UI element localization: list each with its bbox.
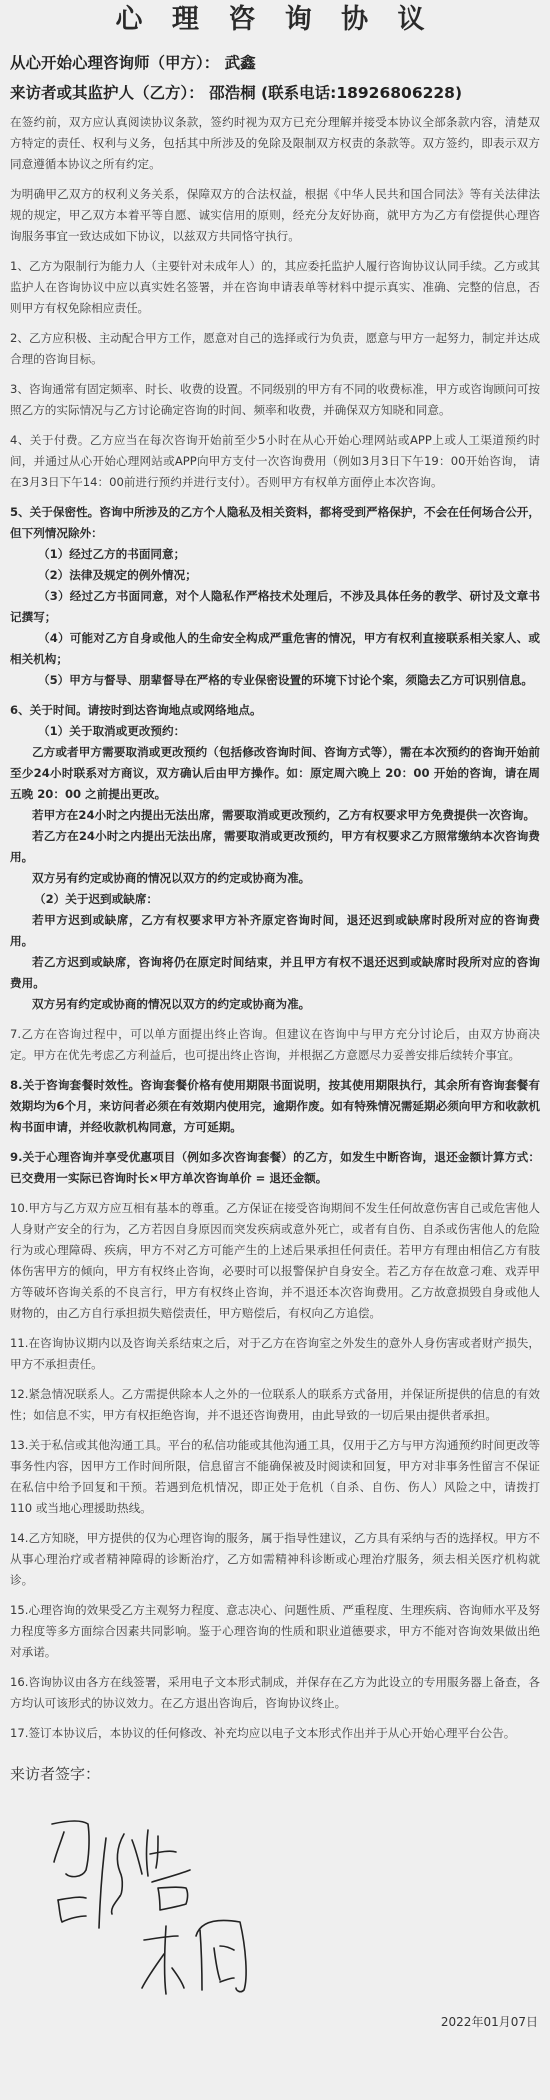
clause-6-sub-1-line-3: 若乙方在24小时之内提出无法出席，需要取消或更改预约，甲方有权要求乙方照常缴纳本… [10, 826, 540, 868]
clause-6-sub-2-line-2: 若乙方迟到或缺席，咨询将仍在原定时间结束，并且甲方有权不退还迟到或缺席时段所对应… [10, 952, 540, 994]
clause-17: 17.签订本协议后，本协议的任何修改、补充均应以电子文本形式作出并于从心开始心理… [10, 1723, 540, 1744]
clause-15: 15.心理咨询的效果受乙方主观努力程度、意志决心、问题性质、严重程度、生理疾病、… [10, 1600, 540, 1663]
clause-5-item-1: （1）经过乙方的书面同意； [10, 544, 540, 565]
clause-13: 13.关于私信或其他沟通工具。平台的私信功能或其他沟通工具，仅用于乙方与甲方沟通… [10, 1435, 540, 1519]
clause-16: 16.咨询协议由各方在线签署，采用电子文本形式制成，并保存在乙方为此设立的专用服… [10, 1672, 540, 1714]
signing-date: 2022年01月07日 [441, 2013, 538, 2030]
document-title: 心 理 咨 询 协 议 [10, 0, 540, 44]
clause-5-item-4: （4）可能对乙方自身或他人的生命安全构成严重危害的情况，甲方有权利直接联系相关家… [10, 628, 540, 670]
clause-3: 3、咨询通常有固定频率、时长、收费的设置。不同级别的甲方有不同的收费标准，甲方或… [10, 379, 540, 421]
clause-10: 10.甲方与乙方双方应互相有基本的尊重。乙方保证在接受咨询期间不发生任何故意伤害… [10, 1198, 540, 1324]
clause-6-sub-1-line-4: 双方另有约定或协商的情况以双方的约定或协商为准。 [10, 868, 540, 889]
clause-2: 2、乙方应积极、主动配合甲方工作，愿意对自己的选择或行为负责，愿意与甲方一起努力… [10, 328, 540, 370]
clause-11: 11.在咨询协议期内以及咨询关系结束之后，对于乙方在咨询室之外发生的意外人身伤害… [10, 1333, 540, 1375]
handwritten-signature [40, 1818, 300, 2008]
intro-paragraph-1: 在签约前，双方应认真阅读协议条款，签约时视为双方已充分理解并接受本协议全部条款内… [10, 112, 540, 175]
clause-12: 12.紧急情况联系人。乙方需提供除本人之外的一位联系人的联系方式备用，并保证所提… [10, 1384, 540, 1426]
clause-5-heading: 5、关于保密性。咨询中所涉及的乙方个人隐私及相关资料，都将受到严格保护，不会在任… [10, 502, 540, 544]
clause-6-sub-2-line-1: 若甲方迟到或缺席，乙方有权要求甲方补齐原定咨询时间，退还迟到或缺席时段所对应的咨… [10, 910, 540, 952]
clause-9: 9.关于心理咨询并享受优惠项目（例如多次咨询套餐）的乙方，如发生中断咨询，退还金… [10, 1147, 540, 1189]
clause-5-item-3: （3）经过乙方书面同意，对个人隐私作严格技术处理后，不涉及具体任务的教学、研讨及… [10, 586, 540, 628]
clause-7: 7.乙方在咨询过程中，可以单方面提出终止咨询。但建议在咨询中与甲方充分讨论后，由… [10, 1024, 540, 1066]
clause-6-heading: 6、关于时间。请按时到达咨询地点或网络地点。 [10, 700, 540, 721]
clause-6-sub-1-line-2: 若甲方在24小时之内提出无法出席，需要取消或更改预约，乙方有权要求甲方免费提供一… [10, 805, 540, 826]
party-a-line: 从心开始心理咨询师（甲方）： 武鑫 [10, 48, 540, 78]
clause-6-sub-1-line-1: 乙方或者甲方需要取消或更改预约（包括修改咨询时间、咨询方式等），需在本次预约的咨… [10, 742, 540, 805]
agreement-page: 心 理 咨 询 协 议 从心开始心理咨询师（甲方）： 武鑫 来访者或其监护人（乙… [0, 0, 550, 2100]
party-b-line: 来访者或其监护人（乙方）： 邵浩桐 (联系电话:18926806228) [10, 78, 540, 108]
clause-6-sub-1-title: （1）关于取消或更改预约： [10, 721, 540, 742]
clause-5-item-2: （2）法律及规定的例外情况； [10, 565, 540, 586]
clause-6-sub-2-title: （2）关于迟到或缺席： [10, 889, 540, 910]
intro-paragraph-2: 为明确甲乙双方的权利义务关系，保障双方的合法权益，根据《中华人民共和国合同法》等… [10, 184, 540, 247]
clause-8: 8.关于咨询套餐时效性。咨询套餐价格有使用期限书面说明，按其使用期限执行，其余所… [10, 1075, 540, 1138]
clause-6-sub-2-line-3: 双方另有约定或协商的情况以双方的约定或协商为准。 [10, 994, 540, 1015]
visitor-signature-label: 来访者签字： [10, 1762, 540, 1786]
clause-6-time: 6、关于时间。请按时到达咨询地点或网络地点。 （1）关于取消或更改预约： 乙方或… [10, 700, 540, 1015]
clause-5-item-5: （5）甲方与督导、朋辈督导在严格的专业保密设置的环境下讨论个案，须隐去乙方可识别… [10, 670, 540, 691]
clause-1: 1、乙方为限制行为能力人（主要针对未成年人）的，其应委托监护人履行咨询协议认同手… [10, 256, 540, 319]
clause-5-confidentiality: 5、关于保密性。咨询中所涉及的乙方个人隐私及相关资料，都将受到严格保护，不会在任… [10, 502, 540, 691]
clause-14: 14.乙方知晓，甲方提供的仅为心理咨询的服务，属于指导性建议，乙方具有采纳与否的… [10, 1528, 540, 1591]
clause-4: 4、关于付费。乙方应当在每次咨询开始前至少5小时在从心开始心理网站或APP上或人… [10, 430, 540, 493]
